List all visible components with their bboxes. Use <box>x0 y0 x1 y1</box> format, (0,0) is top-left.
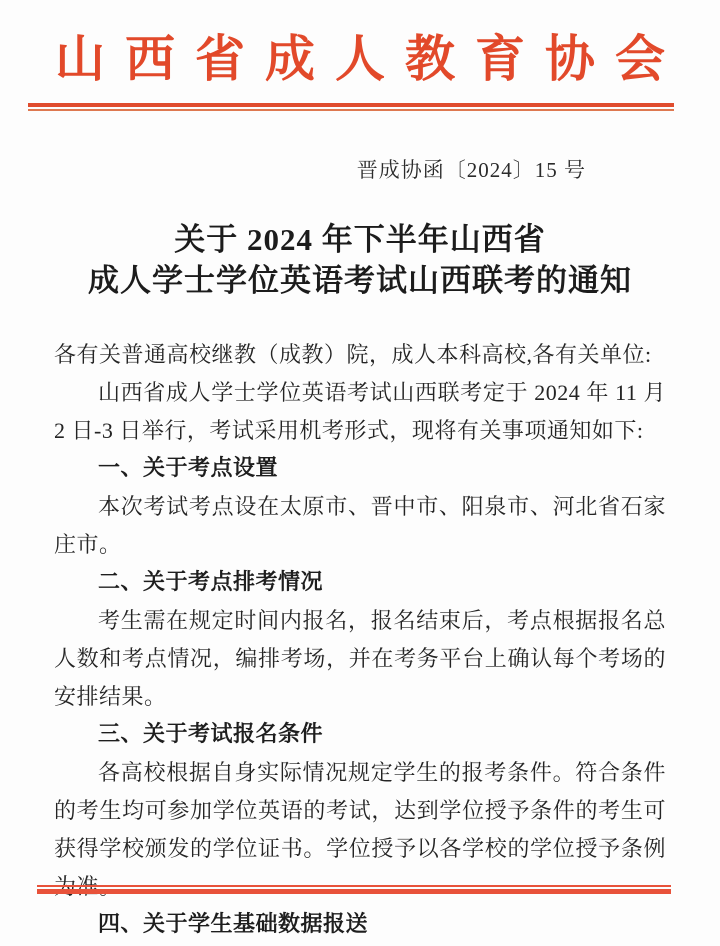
section-heading-2: 二、关于考点排考情况 <box>54 564 666 602</box>
document-page: 山西省成人教育协会 晋成协函〔2024〕15 号 关于 2024 年下半年山西省… <box>0 0 720 946</box>
section-3-paragraph: 各高校根据自身实际情况规定学生的报考条件。符合条件的考生均可参加学位英语的考试，… <box>54 754 666 906</box>
footer-rule-thin <box>37 885 671 887</box>
section-heading-4: 四、关于学生基础数据报送 <box>54 906 666 944</box>
org-name-header: 山西省成人教育协会 <box>0 24 720 94</box>
footer-rule-thick <box>37 889 671 894</box>
document-title-line1: 关于 2024 年下半年山西省 <box>0 219 720 260</box>
document-body: 各有关普通高校继教（成教）院，成人本科高校,各有关单位: 山西省成人学士学位英语… <box>54 336 666 944</box>
salutation-line: 各有关普通高校继教（成教）院，成人本科高校,各有关单位: <box>54 336 666 374</box>
document-title: 关于 2024 年下半年山西省 成人学士学位英语考试山西联考的通知 <box>0 219 720 301</box>
section-2-paragraph: 考生需在规定时间内报名，报名结束后，考点根据报名总人数和考点情况，编排考场，并在… <box>54 602 666 716</box>
section-1-paragraph: 本次考试考点设在太原市、晋中市、阳泉市、河北省石家庄市。 <box>54 488 666 564</box>
section-heading-3: 三、关于考试报名条件 <box>54 716 666 754</box>
section-heading-1: 一、关于考点设置 <box>54 450 666 488</box>
doc-number: 晋成协函〔2024〕15 号 <box>0 155 720 185</box>
intro-paragraph: 山西省成人学士学位英语考试山西联考定于 2024 年 11 月 2 日-3 日举… <box>54 374 666 450</box>
header-rule-thick <box>28 103 674 107</box>
header-rule-thin <box>28 109 674 111</box>
document-title-line2: 成人学士学位英语考试山西联考的通知 <box>0 260 720 301</box>
